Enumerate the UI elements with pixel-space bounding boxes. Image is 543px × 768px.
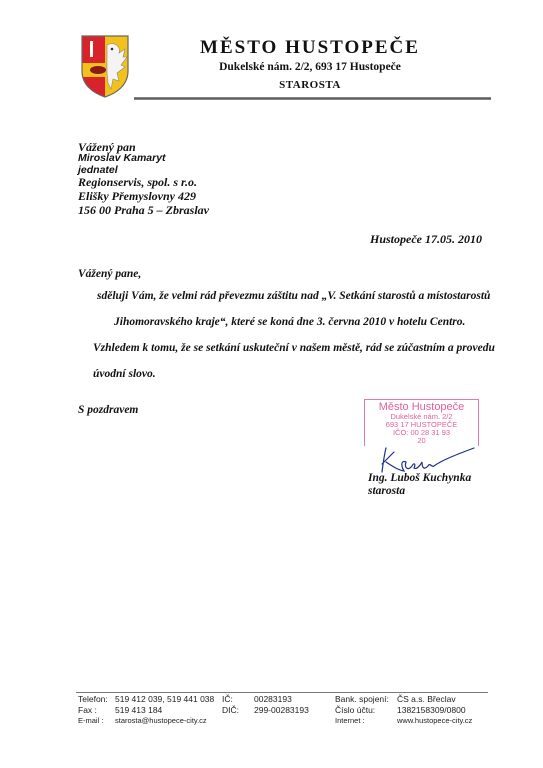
header-divider — [134, 97, 491, 100]
footer-internet-link[interactable]: www.hustopece-city.cz — [397, 716, 472, 725]
body-line: sděluji Vám, že velmi rád převezmu zášti… — [97, 290, 490, 302]
recipient-street: Elišky Přemyslovny 429 — [78, 189, 196, 203]
letterhead-title: MĚSTO HUSTOPEČE — [130, 37, 490, 59]
body-line: úvodní slovo. — [93, 368, 156, 380]
city-coat-of-arms-icon — [79, 33, 131, 99]
recipient-city: 156 00 Praha 5 – Zbraslav — [78, 203, 209, 217]
salutation: Vážený pane, — [78, 268, 141, 280]
footer-account-value: 1382158309/0800 — [397, 705, 466, 715]
closing: S pozdravem — [78, 404, 138, 416]
letterhead-address: Dukelské nám. 2/2, 693 17 Hustopeče — [130, 61, 490, 73]
letter-date: Hustopeče 17.05. 2010 — [370, 232, 482, 247]
body-line: Vzhledem k tomu, že se setkání uskuteční… — [93, 342, 495, 354]
footer-telefon-value: 519 412 039, 519 441 038 — [115, 694, 214, 704]
footer-bank-value: ČS a.s. Břeclav — [397, 694, 456, 704]
recipient-company: Regionservis, spol. s r.o. — [78, 175, 197, 189]
footer-fax-value: 519 413 184 — [115, 705, 162, 715]
footer-internet-label: Internet : — [335, 716, 365, 725]
footer-email-link[interactable]: starosta@hustopece-city.cz — [115, 716, 207, 725]
footer-account-label: Číslo účtu: — [335, 705, 375, 715]
footer-dic-value: 299-00283193 — [254, 705, 309, 715]
signer-role: starosta — [368, 485, 405, 497]
signer-name: Ing. Luboš Kuchynka — [368, 472, 471, 484]
footer-fax-label: Fax : — [78, 705, 97, 715]
footer-telefon-label: Telefon: — [78, 694, 108, 704]
official-stamp: Město Hustopeče Dukelské nám. 2/2 693 17… — [364, 399, 479, 446]
letterhead-role: STAROSTA — [130, 79, 490, 91]
footer-ic-value: 00283193 — [254, 694, 292, 704]
body-line: Jihomoravského kraje“, které se koná dne… — [114, 316, 465, 328]
footer-email-label: E-mail : — [78, 716, 103, 725]
footer-divider — [76, 692, 488, 693]
footer-ic-label: IČ: — [222, 694, 233, 704]
footer-dic-label: DIČ: — [222, 705, 239, 715]
footer-bank-label: Bank. spojení: — [335, 694, 389, 704]
